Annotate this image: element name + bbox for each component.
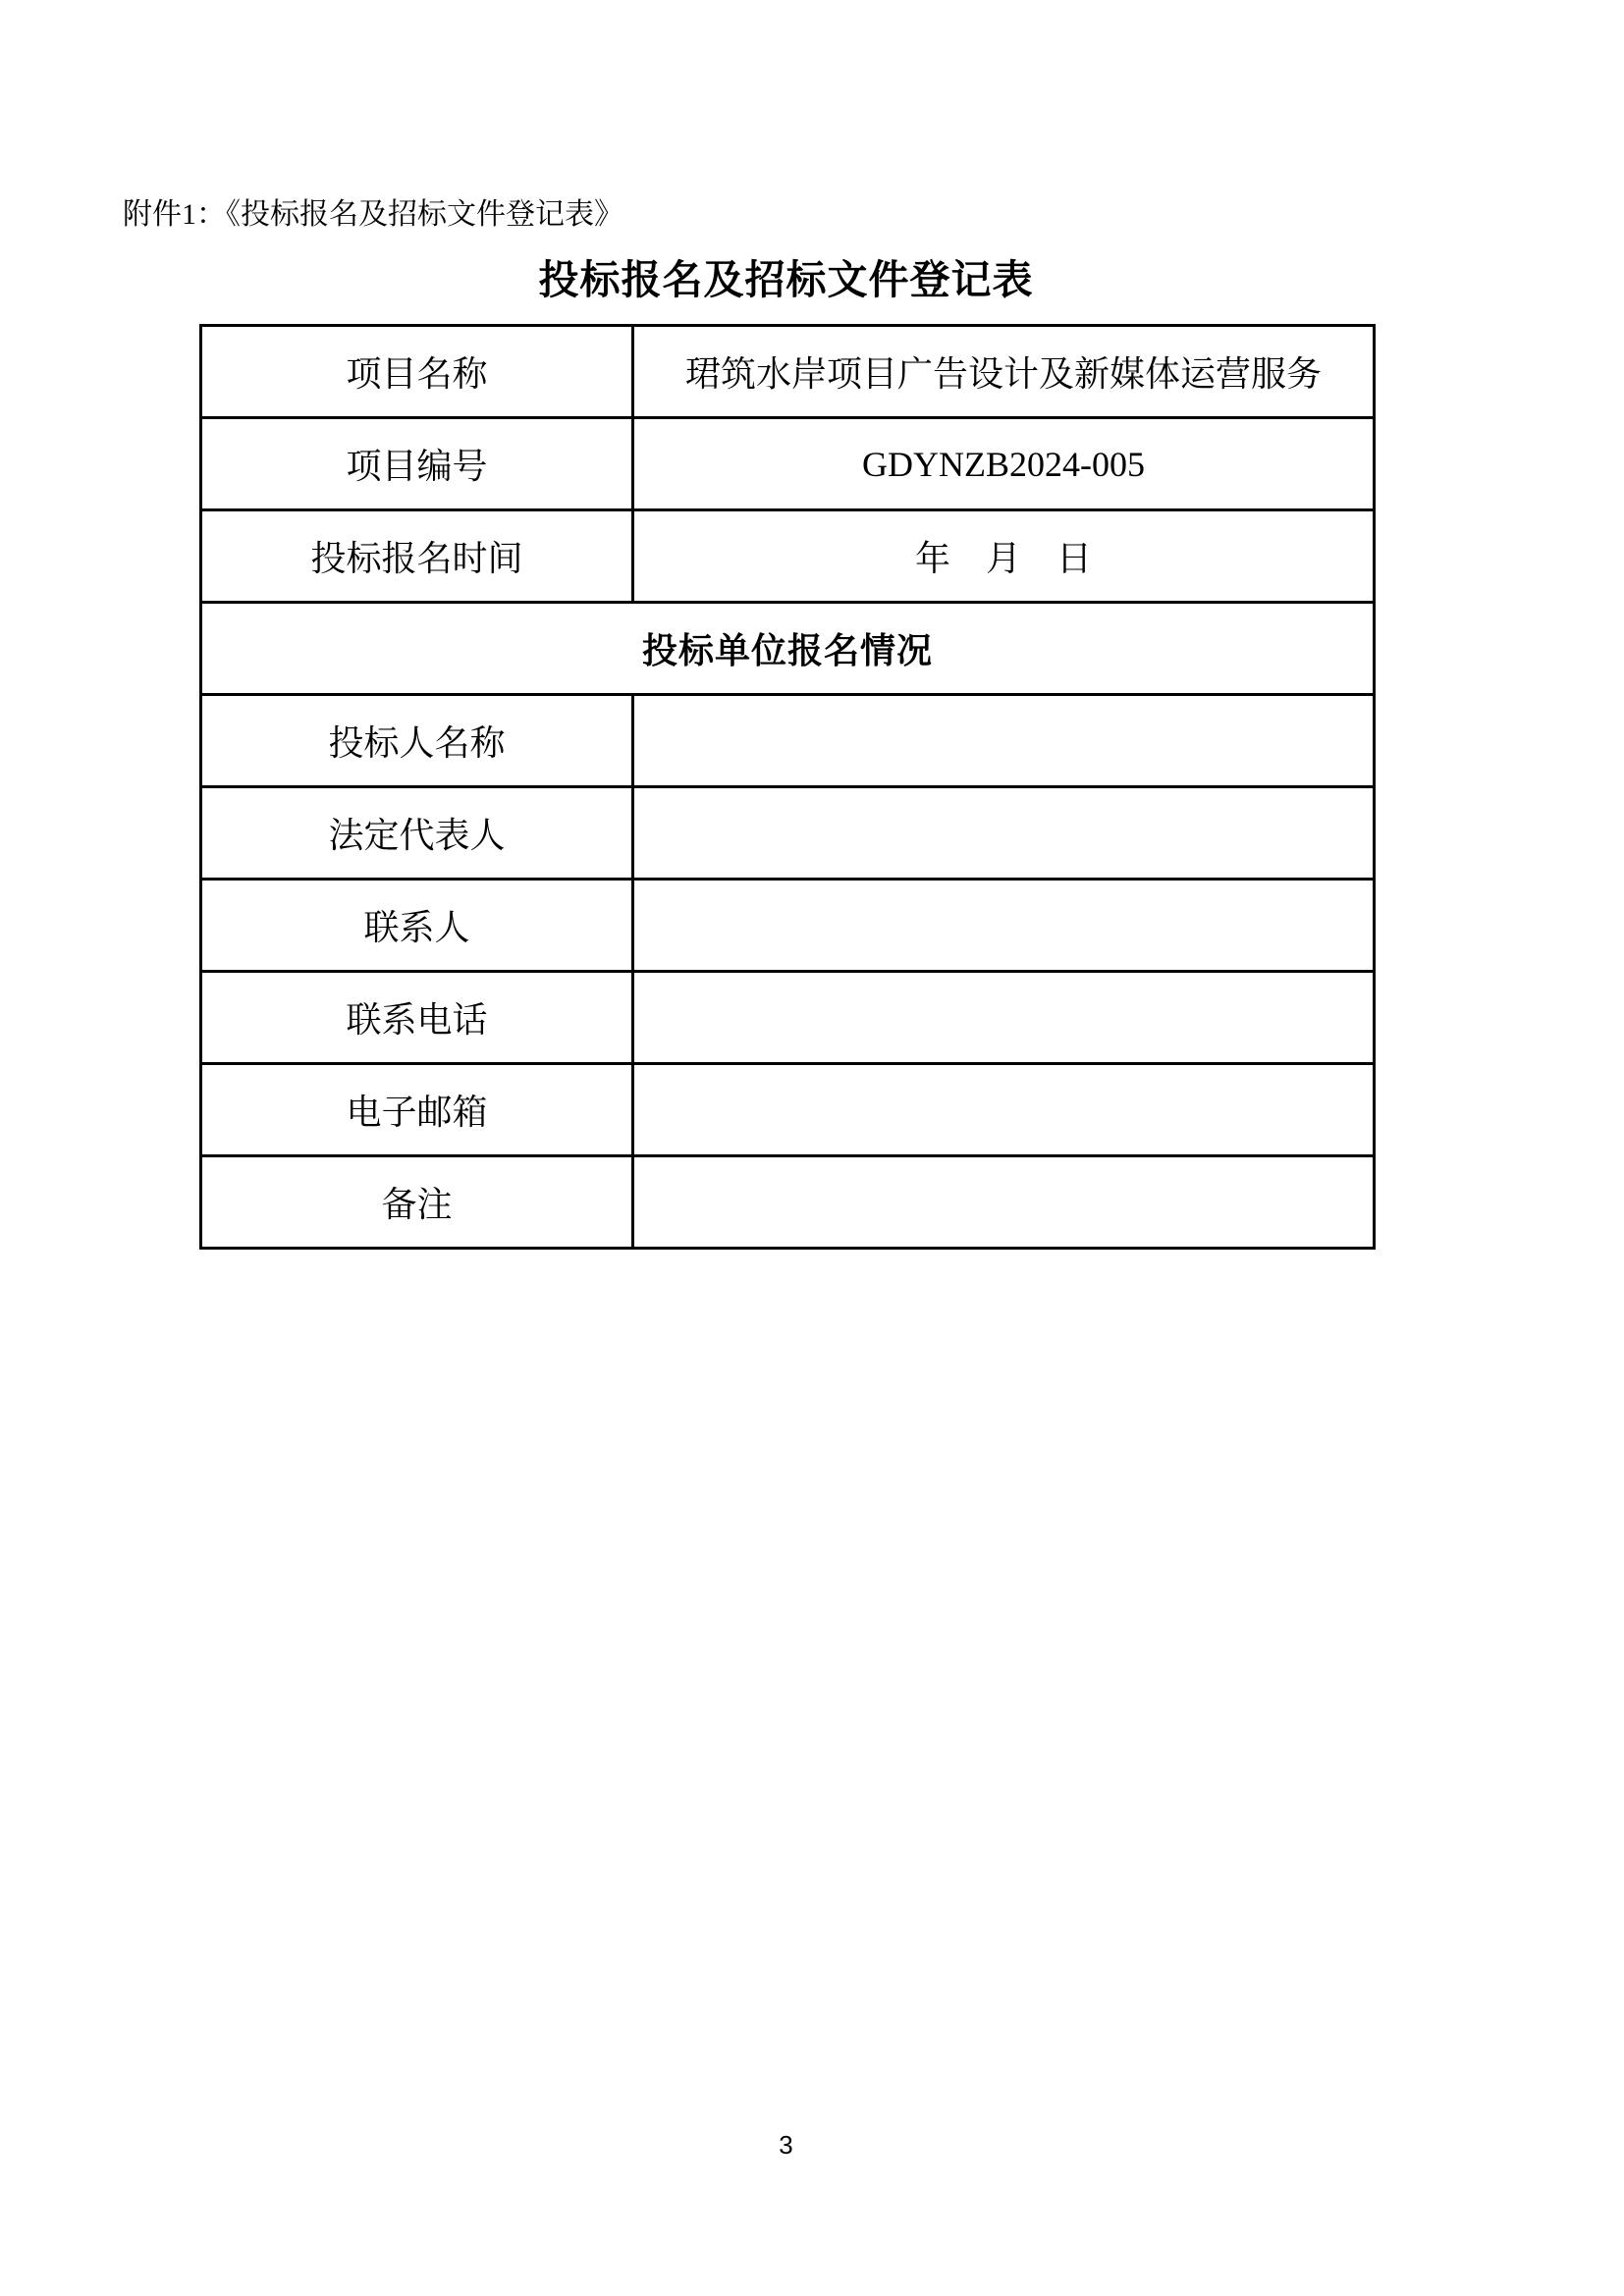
contact-person-field[interactable] bbox=[633, 880, 1375, 972]
page-title: 投标报名及招标文件登记表 bbox=[199, 255, 1373, 304]
contact-person-label: 联系人 bbox=[201, 880, 633, 972]
contact-phone-label: 联系电话 bbox=[201, 972, 633, 1064]
document-page: 附件1：《投标报名及招标文件登记表》 投标报名及招标文件登记表 项目名称 珺筑水… bbox=[0, 0, 1624, 2296]
bidder-name-field[interactable] bbox=[633, 695, 1375, 787]
table-row-bid-registration-date: 投标报名时间 年 月 日 bbox=[201, 510, 1375, 603]
page-number: 3 bbox=[199, 2130, 1373, 2161]
bidder-section-header: 投标单位报名情况 bbox=[201, 603, 1375, 695]
project-name-value: 珺筑水岸项目广告设计及新媒体运营服务 bbox=[633, 326, 1375, 418]
table-row-contact-person: 联系人 bbox=[201, 880, 1375, 972]
legal-representative-field[interactable] bbox=[633, 787, 1375, 880]
project-number-value: GDYNZB2024-005 bbox=[633, 418, 1375, 510]
table-row-bidder-name: 投标人名称 bbox=[201, 695, 1375, 787]
email-field[interactable] bbox=[633, 1064, 1375, 1156]
table-row-remarks: 备注 bbox=[201, 1156, 1375, 1249]
table-row-project-name: 项目名称 珺筑水岸项目广告设计及新媒体运营服务 bbox=[201, 326, 1375, 418]
attachment-note: 附件1：《投标报名及招标文件登记表》 bbox=[123, 196, 623, 234]
legal-representative-label: 法定代表人 bbox=[201, 787, 633, 880]
table-row-legal-representative: 法定代表人 bbox=[201, 787, 1375, 880]
email-label: 电子邮箱 bbox=[201, 1064, 633, 1156]
remarks-field[interactable] bbox=[633, 1156, 1375, 1249]
table-row-project-number: 项目编号 GDYNZB2024-005 bbox=[201, 418, 1375, 510]
project-number-label: 项目编号 bbox=[201, 418, 633, 510]
bid-registration-date-value: 年 月 日 bbox=[633, 510, 1375, 603]
table-row-email: 电子邮箱 bbox=[201, 1064, 1375, 1156]
table-row-section-header: 投标单位报名情况 bbox=[201, 603, 1375, 695]
remarks-label: 备注 bbox=[201, 1156, 633, 1249]
table-row-contact-phone: 联系电话 bbox=[201, 972, 1375, 1064]
registration-table: 项目名称 珺筑水岸项目广告设计及新媒体运营服务 项目编号 GDYNZB2024-… bbox=[199, 324, 1376, 1250]
bid-registration-date-label: 投标报名时间 bbox=[201, 510, 633, 603]
contact-phone-field[interactable] bbox=[633, 972, 1375, 1064]
bidder-name-label: 投标人名称 bbox=[201, 695, 633, 787]
project-name-label: 项目名称 bbox=[201, 326, 633, 418]
